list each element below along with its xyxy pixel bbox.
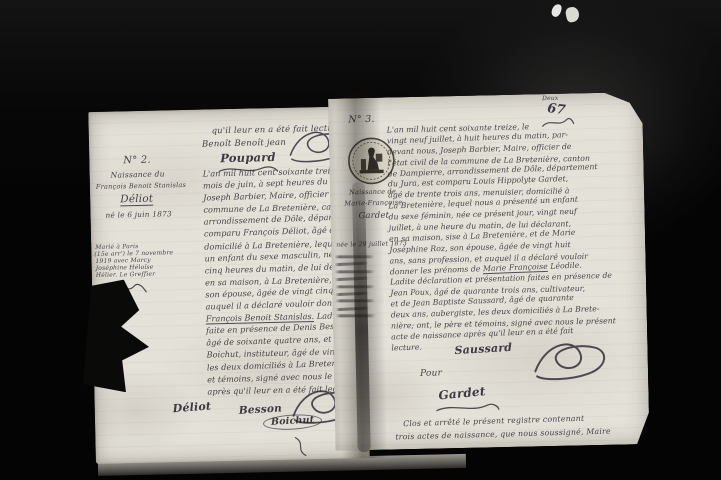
marginal-note-stroke: [336, 314, 376, 317]
marginal-note-stroke: [335, 277, 369, 282]
poupard-signature: Poupard: [220, 150, 276, 165]
closing-line: trois actes de naissance, que nous souss…: [395, 427, 611, 442]
marginal-note-stroke: [335, 300, 375, 303]
act2-margin-caption-2: François Benoit Stanislas: [96, 181, 186, 191]
act2-margin-caption-1: Naissance du: [111, 169, 165, 179]
marginal-note-stroke: [335, 285, 375, 288]
prev-act-names-line: Benoît Benoît jean: [202, 138, 286, 150]
marginal-note-stroke: [336, 306, 370, 311]
saussard-signature: Saussard: [454, 341, 512, 357]
marginal-note-line: Hélier. Le Greffier: [96, 271, 156, 279]
closing-line: Clos et arrêté le présent registre conte…: [403, 414, 584, 429]
register-book: qu'il leur en a été fait lecture. Benoît…: [88, 86, 648, 476]
marginal-note-stroke: [335, 270, 375, 273]
gardet-signature: Gardet: [438, 384, 486, 402]
act2-margin-name: Déliot: [120, 193, 153, 207]
archive-photo: qu'il leur en a été fait lecture. Benoît…: [0, 0, 721, 480]
act2-number: N° 2.: [123, 155, 151, 167]
act3-prenoms-post: Léodile.: [548, 260, 582, 270]
right-page: Deux 67 N° 3. Naissance de Marie-Françoi…: [328, 92, 650, 451]
marginal-note-stroke: [335, 291, 369, 296]
boichut-descender-flourish: [291, 435, 321, 458]
deliot-signature: Déliot: [172, 399, 211, 415]
marginal-note-stroke: [335, 262, 369, 267]
act3-number: N° 3.: [348, 114, 374, 126]
barbier-paraph-flourish: [529, 335, 614, 387]
marginal-note-stroke: [334, 255, 374, 258]
act3-child-name: Marie Françoise: [483, 261, 548, 273]
act3-marginal-mention: [334, 255, 375, 322]
pour-label: Pour: [420, 368, 442, 378]
act3-text-block: L'an mil huit cent soixante treize, le v…: [387, 121, 617, 355]
left-page: qu'il leur en a été fait lecture. Benoît…: [88, 106, 370, 464]
act2-margin-caption-3: né le 6 juin 1873: [105, 209, 172, 219]
gardet-flourish: [435, 401, 501, 414]
act3-margin-name: Gardet: [358, 210, 389, 221]
